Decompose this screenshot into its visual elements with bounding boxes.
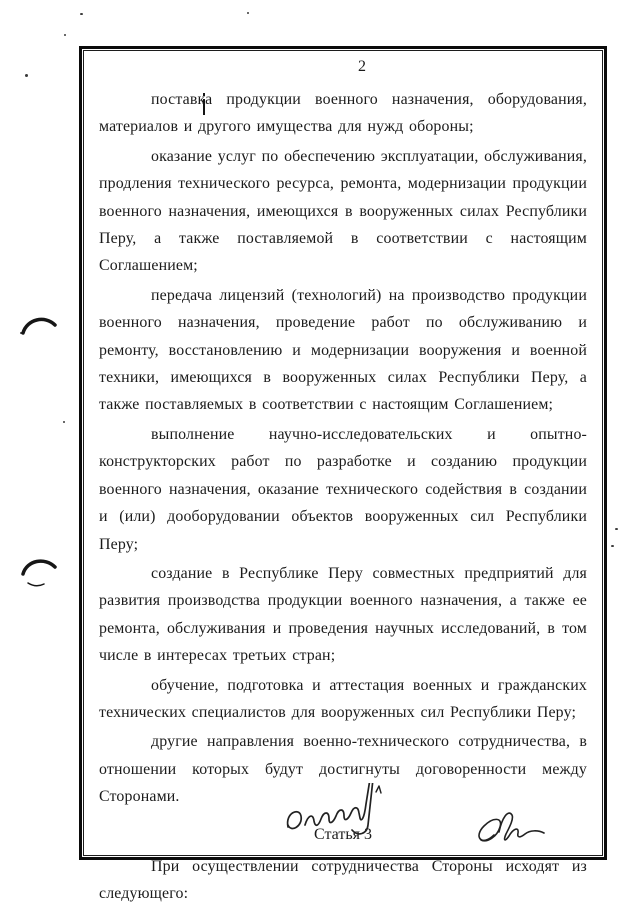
left-signature-icon <box>280 783 405 863</box>
scan-speck <box>80 13 83 15</box>
right-signature-icon <box>466 799 551 864</box>
paragraph-training: обучение, подготовка и аттестация военны… <box>99 672 587 727</box>
scan-speck <box>64 34 66 36</box>
page-content: 2 поставка продукции военного назначения… <box>99 55 587 905</box>
paragraph-services: оказание услуг по обеспечению эксплуатац… <box>99 143 587 280</box>
paragraph-licenses: передача лицензий (технологий) на произв… <box>99 282 587 419</box>
pen-dash-mark-icon <box>26 576 46 594</box>
paragraph-joint-ventures: создание в Республике Перу совместных пр… <box>99 560 587 670</box>
scan-speck <box>615 528 618 530</box>
scan-speck <box>25 74 28 77</box>
page-border-frame: 2 поставка продукции военного назначения… <box>79 46 607 860</box>
paragraph-supply: поставка продукции военного назначения, … <box>99 86 587 141</box>
scan-speck <box>611 545 614 547</box>
pen-arc-mark-icon <box>20 312 58 341</box>
paragraph-research: выполнение научно-исследовательских и оп… <box>99 421 587 558</box>
scan-speck <box>63 421 65 423</box>
page-number: 2 <box>99 55 587 79</box>
scan-speck <box>247 12 249 14</box>
scanned-document-page: 2 поставка продукции военного назначения… <box>0 0 640 905</box>
scan-artifact <box>203 99 205 115</box>
